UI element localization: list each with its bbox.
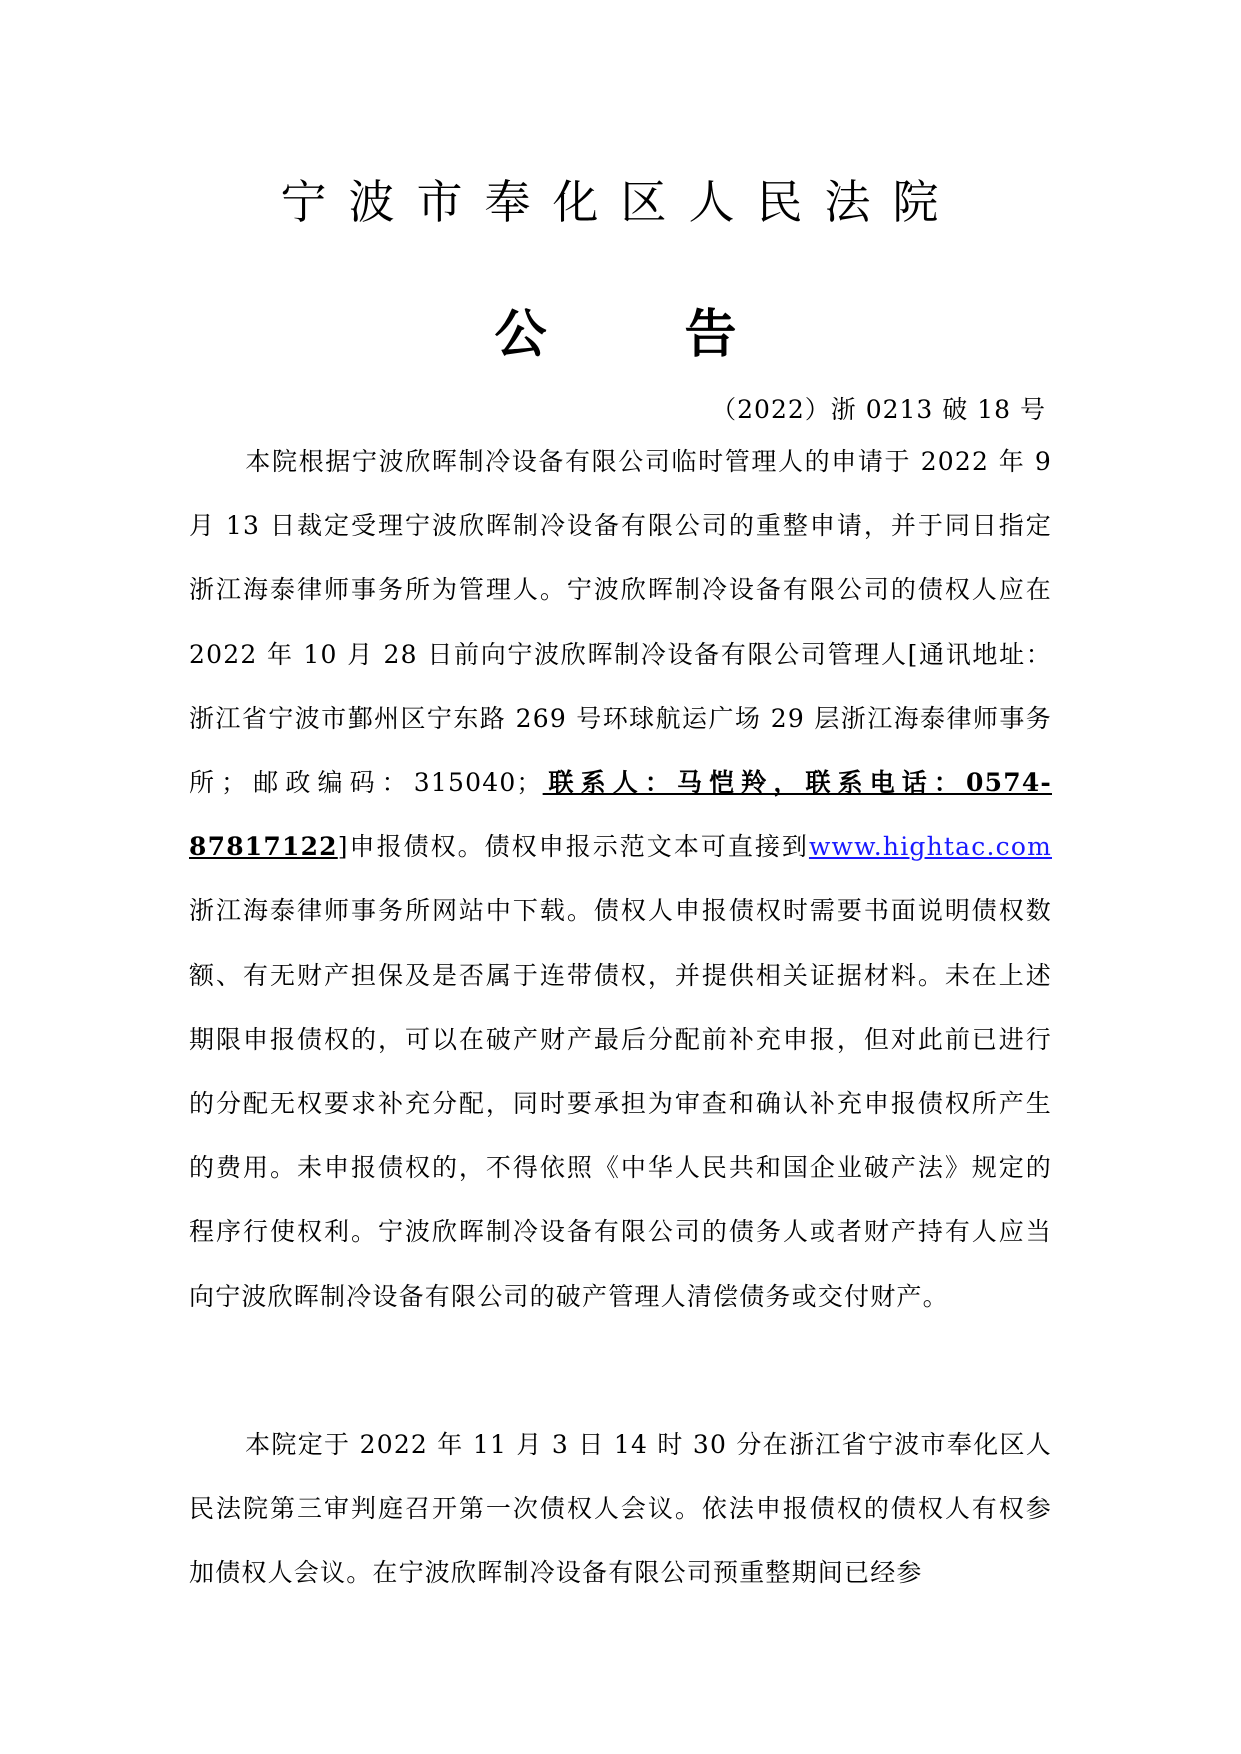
- paragraph-text: 本院定于 2022 年 11 月 3 日 14 时 30 分在浙江省宁波市奉化区…: [189, 1430, 1052, 1587]
- website-link[interactable]: www.hightac.com: [809, 832, 1052, 861]
- paragraph-text: ]申报债权。债权申报示范文本可直接到: [338, 832, 809, 861]
- paragraph-text: 浙江海泰律师事务所网站中下载。债权人申报债权时需要书面说明债权数额、有无财产担保…: [189, 896, 1052, 1310]
- document-title: 公 告: [0, 300, 1241, 370]
- paragraph-creditor-claims: 本院根据宁波欣晖制冷设备有限公司临时管理人的申请于 2022 年 9 月 13 …: [189, 430, 1052, 1329]
- court-name: 宁波市奉化区人民法院: [0, 172, 1241, 232]
- case-number: （2022）浙 0213 破 18 号: [711, 393, 1046, 427]
- paragraph-creditors-meeting: 本院定于 2022 年 11 月 3 日 14 时 30 分在浙江省宁波市奉化区…: [189, 1413, 1052, 1606]
- paragraph-text: 本院根据宁波欣晖制冷设备有限公司临时管理人的申请于 2022 年 9 月 13 …: [189, 447, 1052, 797]
